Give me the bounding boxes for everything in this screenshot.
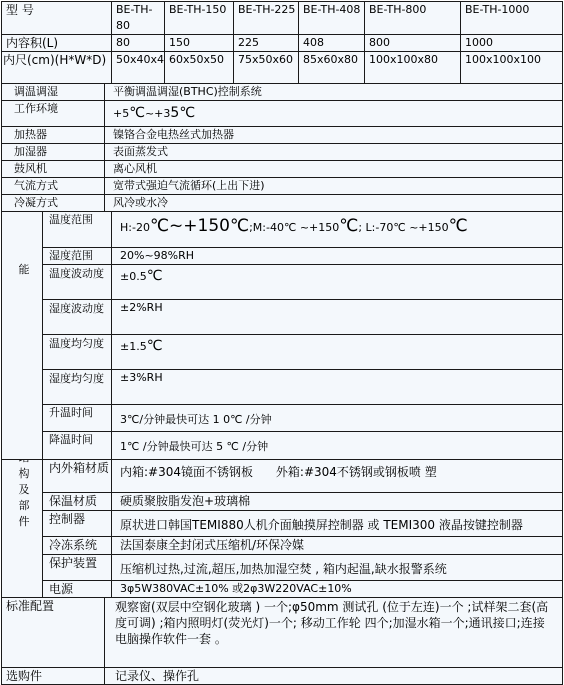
spec-row-condensing: 冷凝方式 风冷或水冷	[2, 195, 563, 212]
volume-value: 1000	[461, 35, 563, 52]
model-name: BE-TH-1000	[461, 2, 563, 35]
struct-value: 硬质聚胺脂发泡+玻璃棉	[112, 493, 563, 511]
celsius-unit: ℃	[179, 105, 195, 121]
perf-value: ±3%RH	[112, 370, 563, 405]
spec-row-working-environment: 工作环境 +5℃~+35℃	[2, 101, 563, 127]
celsius-unit: ℃	[339, 216, 358, 236]
struct-row-power: 电源 3φ5W380VAC±10% 或2φ3W220VAC±10%	[2, 581, 563, 598]
spec-row-heater: 加热器 镍铬合金电热丝式加热器	[2, 127, 563, 144]
perf-row-temp-range: 性能 温度范围 H:-20℃~+150℃;M:-40℃ ~+150℃; L:-7…	[2, 212, 563, 248]
env-prefix: +5	[113, 107, 129, 120]
spec-row-airflow: 气流方式 宽带式强迫气流循环(上出下进)	[2, 178, 563, 195]
perf-value: H:-20℃~+150℃;M:-40℃ ~+150℃; L:-70℃ ~+150…	[112, 212, 563, 248]
struct-value: 原状进口韩国TEMI880人机介面触摸屏控制器 或 TEMI300 液晶按键控制…	[112, 511, 563, 537]
performance-char-2: 能	[6, 262, 42, 278]
struct-label: 保温材质	[43, 493, 112, 511]
structure-char: 件	[6, 514, 42, 530]
perf-label: 升温时间	[43, 405, 112, 432]
struct-label: 内外箱材质	[43, 460, 112, 493]
temp-range-m: ;M:-40℃ ~+150	[249, 221, 339, 234]
perf-row-temp-uniformity: 温度均匀度 ±1.5℃	[2, 335, 563, 370]
spec-label: 加湿器	[2, 144, 105, 161]
struct-value: 内箱:#304镜面不锈钢板 外箱:#304不锈钢或钢板喷 塑	[112, 460, 563, 493]
perf-value: ±2%RH	[112, 300, 563, 335]
perf-label: 温度范围	[43, 212, 112, 248]
spec-value: 离心风机	[105, 161, 563, 178]
model-name: BE-TH-225	[234, 2, 299, 35]
model-name: BE-TH-408	[299, 2, 365, 35]
structure-char: 构	[6, 466, 42, 482]
struct-value: 法国泰康全封闭式压缩机/环保冷媒	[112, 537, 563, 555]
structure-group-label: 结构及部件	[2, 460, 43, 598]
temp-uniformity-value: ±1.5	[120, 340, 147, 353]
spec-row-temp-humidity-control: 调温调湿 平衡调温调湿(BTHC)控制系统	[2, 84, 563, 101]
env-big: 5	[170, 105, 179, 121]
volume-value: 800	[365, 35, 461, 52]
volume-value: 150	[165, 35, 234, 52]
struct-row-refrigeration: 冷冻系统 法国泰康全封闭式压缩机/环保冷媒	[2, 537, 563, 555]
spec-value: 风冷或水冷	[105, 195, 563, 212]
inner-size-value: 60x50x50	[165, 52, 234, 84]
temp-range-l: ; L:-70℃ ~+150	[358, 221, 448, 234]
volume-value: 408	[299, 35, 365, 52]
standard-config-value: 观察窗(双层中空钢化玻璃 ) 一个;φ50mm 测试孔 (位于左连)一个 ;试样…	[105, 598, 563, 668]
struct-label: 控制器	[43, 511, 112, 537]
perf-value: 3℃/分钟最快可达 1 0℃ /分钟	[112, 405, 563, 432]
model-name: BE-TH-150	[165, 2, 234, 35]
model-label: 型 号	[2, 2, 112, 35]
struct-label: 冷冻系统	[43, 537, 112, 555]
structure-char: 及	[6, 482, 42, 498]
perf-label: 湿度范围	[43, 248, 112, 265]
temp-fluctuation-value: ±0.5	[120, 270, 147, 283]
struct-row-protection: 保护装置 压缩机过热,过流,超压,加热加湿空焚 , 箱内起温,缺水报警系统	[2, 555, 563, 581]
volume-label: 内容积(L)	[2, 35, 112, 52]
volume-row: 内容积(L) 80 150 225 408 800 1000	[2, 35, 563, 52]
model-name: BE-TH-800	[365, 2, 461, 35]
struct-row-insulation: 保温材质 硬质聚胺脂发泡+玻璃棉	[2, 493, 563, 511]
struct-value: 3φ5W380VAC±10% 或2φ3W220VAC±10%	[112, 581, 563, 598]
spec-label: 鼓风机	[2, 161, 105, 178]
struct-label: 保护装置	[43, 555, 112, 581]
spec-value: 平衡调温调湿(BTHC)控制系统	[105, 84, 563, 101]
celsius-unit: ℃	[449, 216, 468, 236]
perf-value: ±0.5℃	[112, 265, 563, 300]
spec-value: +5℃~+35℃	[105, 101, 563, 127]
inner-size-row: 内尺(cm)(H*W*D) 50x40x40 60x50x50 75x50x60…	[2, 52, 563, 84]
perf-label: 湿度均匀度	[43, 370, 112, 405]
inner-size-value: 100x100x100	[461, 52, 563, 84]
struct-value: 压缩机过热,过流,超压,加热加湿空焚 , 箱内起温,缺水报警系统	[112, 555, 563, 581]
model-name: BE-TH-80	[112, 2, 165, 35]
spec-row-blower: 鼓风机 离心风机	[2, 161, 563, 178]
inner-size-value: 85x60x80	[299, 52, 365, 84]
perf-value: 1℃ /分钟最快可达 5 ℃ /分钟	[112, 432, 563, 460]
env-mid: ~+3	[145, 107, 170, 120]
inner-size-value: 75x50x60	[234, 52, 299, 84]
perf-row-cooling-time: 降温时间 1℃ /分钟最快可达 5 ℃ /分钟	[2, 432, 563, 460]
spec-value: 表面蒸发式	[105, 144, 563, 161]
temp-range-h-max: ℃~+150℃	[150, 216, 249, 236]
spec-value: 镍铬合金电热丝式加热器	[105, 127, 563, 144]
structure-char: 部	[6, 498, 42, 514]
spec-label: 冷凝方式	[2, 195, 105, 212]
perf-row-temp-fluctuation: 温度波动度 ±0.5℃	[2, 265, 563, 300]
performance-group-label: 性能	[2, 212, 43, 460]
struct-row-controller: 控制器 原状进口韩国TEMI880人机介面触摸屏控制器 或 TEMI300 液晶…	[2, 511, 563, 537]
perf-label: 温度均匀度	[43, 335, 112, 370]
temp-range-h: H:-20	[120, 221, 150, 234]
inner-size-value: 50x40x40	[112, 52, 165, 84]
perf-row-heating-time: 升温时间 3℃/分钟最快可达 1 0℃ /分钟	[2, 405, 563, 432]
volume-value: 225	[234, 35, 299, 52]
perf-label: 降温时间	[43, 432, 112, 460]
perf-row-humidity-range: 湿度范围 20%~98%RH	[2, 248, 563, 265]
inner-size-value: 100x100x80	[365, 52, 461, 84]
standard-config-row: 标准配置 观察窗(双层中空钢化玻璃 ) 一个;φ50mm 测试孔 (位于左连)一…	[2, 598, 563, 668]
spec-label: 工作环境	[2, 101, 105, 127]
celsius-unit: ℃	[147, 338, 163, 354]
celsius-unit: ℃	[147, 268, 163, 284]
celsius-unit: ℃	[129, 105, 145, 121]
perf-value: 20%~98%RH	[112, 248, 563, 265]
spec-value: 宽带式强迫气流循环(上出下进)	[105, 178, 563, 195]
perf-value: ±1.5℃	[112, 335, 563, 370]
inner-size-label: 内尺(cm)(H*W*D)	[2, 52, 112, 84]
spec-table: 型 号 BE-TH-80 BE-TH-150 BE-TH-225 BE-TH-4…	[1, 1, 563, 670]
spec-label: 气流方式	[2, 178, 105, 195]
perf-row-humidity-fluctuation: 湿度波动度 ±2%RH	[2, 300, 563, 335]
volume-value: 80	[112, 35, 165, 52]
model-header-row: 型 号 BE-TH-80 BE-TH-150 BE-TH-225 BE-TH-4…	[2, 2, 563, 35]
struct-row-cabinet-material: 结构及部件 内外箱材质 内箱:#304镜面不锈钢板 外箱:#304不锈钢或钢板喷…	[2, 460, 563, 493]
perf-label: 温度波动度	[43, 265, 112, 300]
spec-label: 调温调湿	[2, 84, 105, 101]
perf-label: 湿度波动度	[43, 300, 112, 335]
spec-label: 加热器	[2, 127, 105, 144]
standard-config-label: 标准配置	[2, 598, 105, 668]
struct-label: 电源	[43, 581, 112, 598]
spec-row-humidifier: 加湿器 表面蒸发式	[2, 144, 563, 161]
perf-row-humidity-uniformity: 湿度均匀度 ±3%RH	[2, 370, 563, 405]
